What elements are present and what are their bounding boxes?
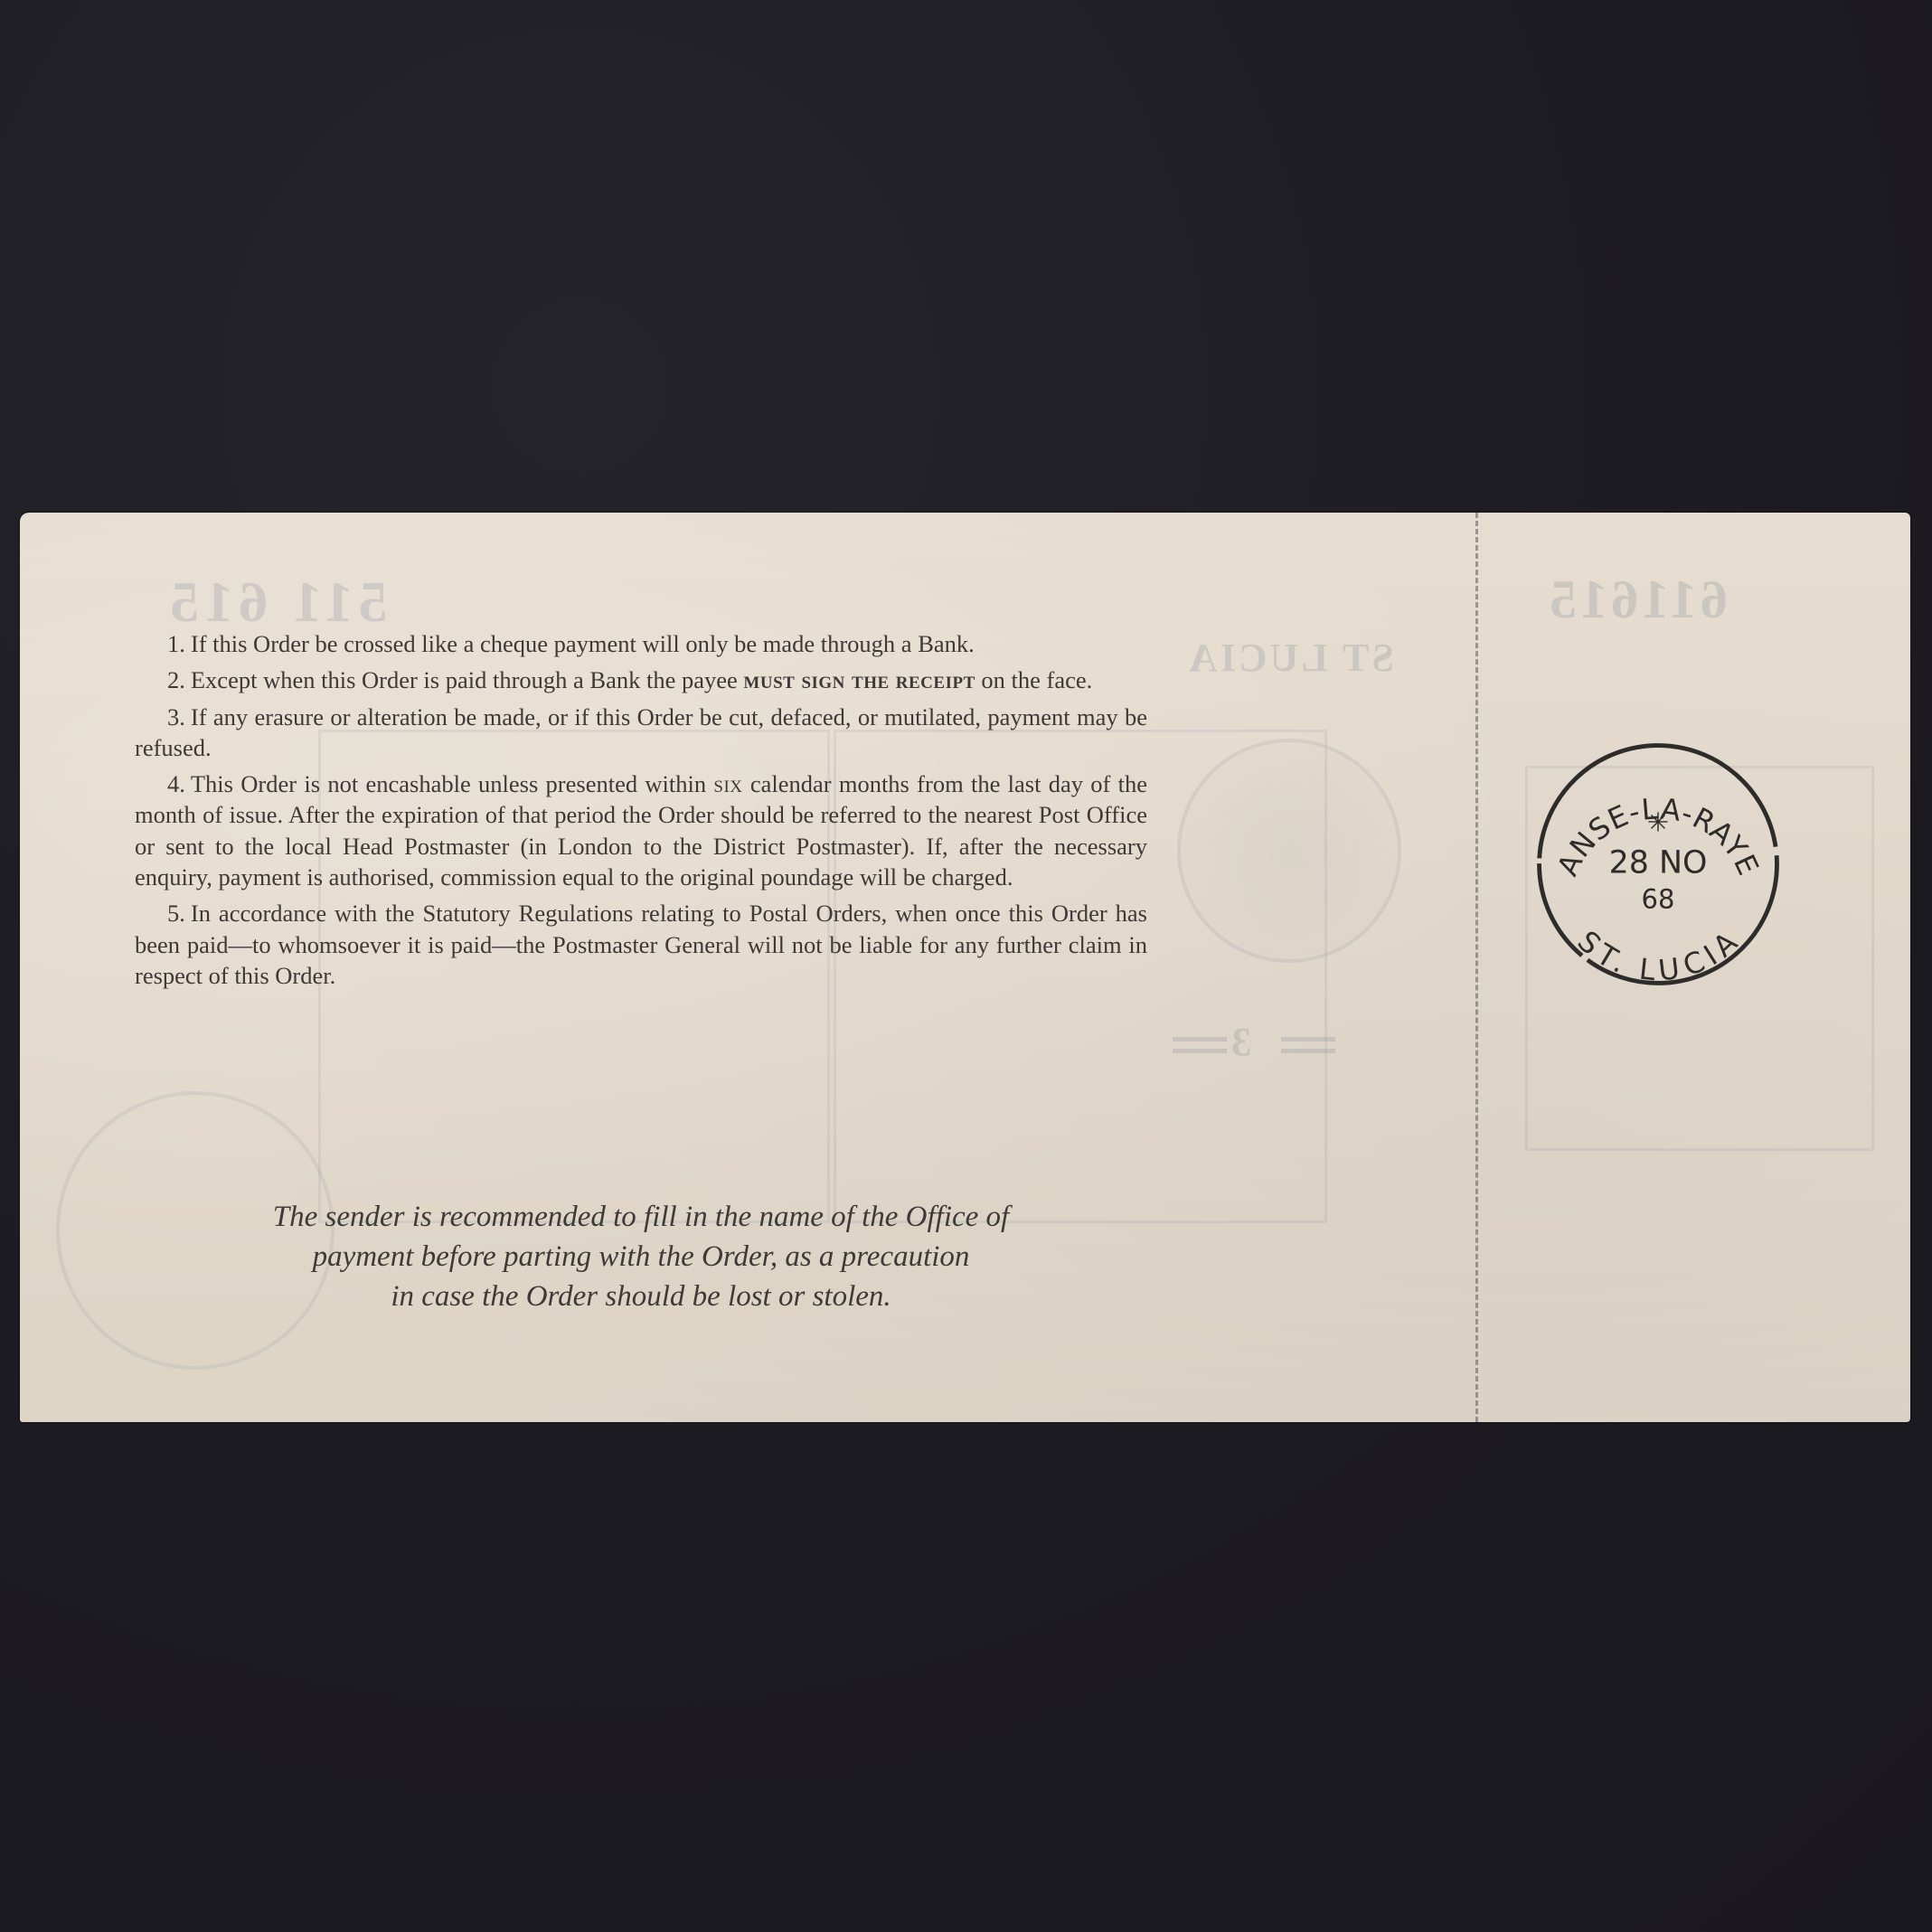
postmark-bottom-text: ST. LUCIA [1571, 924, 1746, 988]
condition-text: If any erasure or alteration be made, or… [135, 703, 1147, 761]
show-through-value-bars-left [1173, 1037, 1227, 1059]
condition-emphasis: six [713, 770, 742, 797]
postmark-icon: ANSE-LA-RAYE ST. LUCIA ✳ 28 NO 68 [1527, 733, 1789, 995]
condition-text: This Order is not encashable unless pres… [191, 770, 706, 797]
show-through-country: ST LUCIA [1186, 635, 1394, 681]
condition-text: If this Order be crossed like a cheque p… [191, 630, 975, 657]
condition-2: 2.Except when this Order is paid through… [135, 664, 1147, 695]
condition-number: 1. [167, 630, 185, 657]
condition-number: 2. [167, 666, 185, 693]
postmark-year: 68 [1642, 883, 1675, 914]
show-through-serial-left: 511 615 [165, 569, 387, 636]
condition-text: on the face. [981, 666, 1092, 693]
svg-text:ST. LUCIA: ST. LUCIA [1571, 924, 1746, 988]
condition-number: 5. [167, 900, 185, 927]
condition-1: 1.If this Order be crossed like a cheque… [135, 628, 1147, 659]
postal-order-reverse: 511 615 611615 ST LUCIA 3 1.If this Orde… [20, 513, 1910, 1422]
condition-4: 4.This Order is not encashable unless pr… [135, 768, 1147, 892]
show-through-value-bars-right [1281, 1037, 1335, 1059]
advice-line: payment before parting with the Order, a… [135, 1237, 1147, 1277]
condition-number: 4. [167, 770, 185, 797]
condition-emphasis: must sign the receipt [743, 666, 975, 693]
conditions-list: 1.If this Order be crossed like a cheque… [135, 628, 1147, 996]
condition-text: In accordance with the Statutory Regulat… [135, 900, 1147, 989]
condition-text: Except when this Order is paid through a… [191, 666, 738, 693]
show-through-portrait [1177, 739, 1401, 963]
show-through-serial-right: 611615 [1546, 569, 1728, 631]
postmark-date: 28 NO [1609, 845, 1708, 881]
postmark-stamp: ANSE-LA-RAYE ST. LUCIA ✳ 28 NO 68 [1527, 733, 1789, 995]
condition-number: 3. [167, 703, 185, 730]
advice-line: in case the Order should be lost or stol… [135, 1277, 1147, 1316]
advice-line: The sender is recommended to fill in the… [135, 1197, 1147, 1237]
condition-5: 5.In accordance with the Statutory Regul… [135, 898, 1147, 991]
postmark-star: ✳ [1647, 806, 1669, 837]
perforation-line [1475, 513, 1478, 1422]
show-through-value: 3 [1231, 1019, 1251, 1065]
condition-3: 3.If any erasure or alteration be made, … [135, 702, 1147, 764]
sender-advice: The sender is recommended to fill in the… [135, 1197, 1147, 1316]
